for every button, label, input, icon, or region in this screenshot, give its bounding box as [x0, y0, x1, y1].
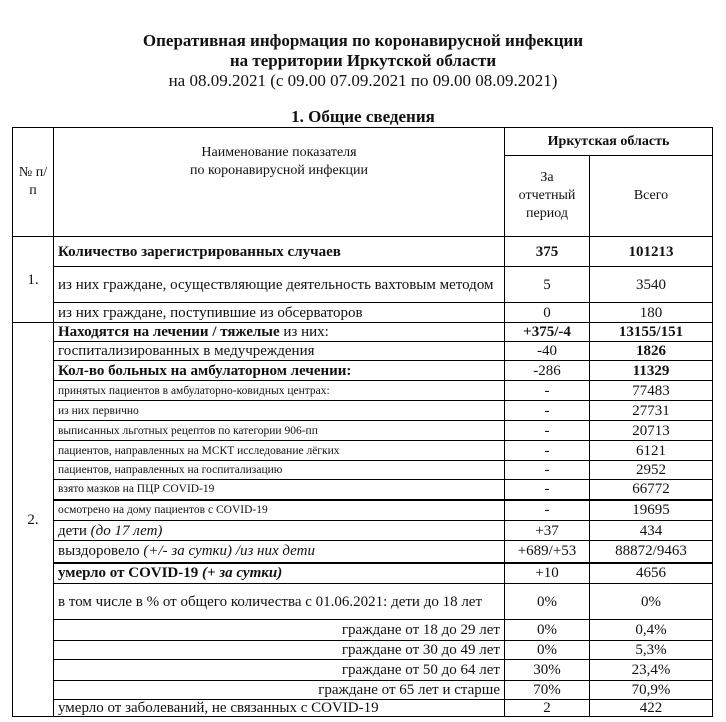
row-under-treatment: Находятся на лечении / тяжелые из них: — [54, 323, 505, 342]
row-hospitalized: госпитализированных в медучреждения — [54, 342, 505, 361]
row-outpatient-total: 11329 — [590, 361, 713, 381]
row-deaths-covid-period: +10 — [505, 563, 590, 584]
row-covid-centers: принятых пациентов в амбулаторно-ковидны… — [54, 381, 505, 401]
row-referred-hospital-period: - — [505, 461, 590, 480]
row-outpatient-period: -286 — [505, 361, 590, 381]
row-deaths-children-pct-total: 0% — [590, 584, 713, 620]
row-deaths-children-pct: в том числе в % от общего количества с 0… — [54, 584, 505, 620]
row-referred-hospital-total: 2952 — [590, 461, 713, 480]
header-region: Иркутская область — [505, 128, 713, 156]
row-registered-cases-total: 101213 — [590, 237, 713, 267]
row-home-visits-period: - — [505, 500, 590, 521]
row-pcr-swabs-period: - — [505, 480, 590, 500]
row-children: дети (до 17 лет) — [54, 521, 505, 541]
row-deaths-covid-note: (+ за сутки) — [202, 565, 282, 581]
header-number-label: № п/п — [19, 165, 47, 198]
row-registered-cases: Количество зарегистрированных случаев — [54, 237, 505, 267]
row-pcr-swabs-total: 66772 — [590, 480, 713, 500]
header-total: Всего — [590, 156, 713, 237]
row-hospitalized-total: 1826 — [590, 342, 713, 361]
row-outpatient: Кол-во больных на амбулаторном лечении: — [54, 361, 505, 381]
row-children-note: (до 17 лет) — [91, 523, 163, 539]
row-observatories-total: 180 — [590, 303, 713, 323]
row-registered-cases-period: 375 — [505, 237, 590, 267]
row-under-treatment-rest: из них: — [280, 324, 329, 340]
row-primary: из них первично — [54, 401, 505, 421]
row-deaths-50-64-period: 30% — [505, 660, 590, 681]
row-shift-workers: из них граждане, осуществляющие деятельн… — [54, 267, 505, 303]
header-number: № п/п — [13, 128, 54, 237]
row-observatories: из них граждане, поступившие из обсерват… — [54, 303, 505, 323]
row-hospitalized-period: -40 — [505, 342, 590, 361]
row-deaths-65-plus-period: 70% — [505, 681, 590, 700]
row-under-treatment-period: +375/-4 — [505, 323, 590, 342]
section-1-number: 1. — [13, 237, 54, 323]
row-deaths-65-plus: граждане от 65 лет и старше — [54, 681, 505, 700]
row-deaths-30-49-total: 5,3% — [590, 641, 713, 660]
row-prescriptions-period: - — [505, 421, 590, 441]
row-ct-scans-period: - — [505, 441, 590, 461]
row-children-period: +37 — [505, 521, 590, 541]
row-referred-hospital: пациентов, направленных на госпитализаци… — [54, 461, 505, 480]
row-recovered-total: 88872/9463 — [590, 541, 713, 563]
row-prescriptions: выписанных льготных рецептов по категори… — [54, 421, 505, 441]
row-deaths-covid-label: умерло от COVID-19 — [58, 565, 202, 581]
row-deaths-50-64-total: 23,4% — [590, 660, 713, 681]
covid-stats-table: № п/п Наименование показателя по коронав… — [12, 127, 713, 717]
row-deaths-children-pct-period: 0% — [505, 584, 590, 620]
row-covid-centers-total: 77483 — [590, 381, 713, 401]
header-indicator-line2: по коронавирусной инфекции — [58, 162, 500, 180]
row-observatories-period: 0 — [505, 303, 590, 323]
row-shift-workers-total: 3540 — [590, 267, 713, 303]
row-under-treatment-bold: Находятся на лечении / тяжелые — [58, 324, 280, 340]
row-deaths-65-plus-total: 70,9% — [590, 681, 713, 700]
row-covid-centers-period: - — [505, 381, 590, 401]
row-under-treatment-total: 13155/151 — [590, 323, 713, 342]
header-indicator-line1: Наименование показателя — [58, 144, 500, 162]
row-pcr-swabs: взято мазков на ПЦР COVID-19 — [54, 480, 505, 500]
row-ct-scans-total: 6121 — [590, 441, 713, 461]
row-deaths-30-49: граждане от 30 до 49 лет — [54, 641, 505, 660]
row-deaths-non-covid-period: 2 — [505, 700, 590, 717]
row-prescriptions-total: 20713 — [590, 421, 713, 441]
report-subtitle-region: на территории Иркутской области — [0, 51, 726, 71]
row-home-visits-total: 19695 — [590, 500, 713, 521]
row-deaths-non-covid-total: 422 — [590, 700, 713, 717]
row-deaths-non-covid: умерло от заболеваний, не связанных с CO… — [54, 700, 505, 717]
row-home-visits: осмотрено на дому пациентов с COVID-19 — [54, 500, 505, 521]
section-2-number: 2. — [13, 323, 54, 717]
row-children-label: дети — [58, 523, 91, 539]
row-shift-workers-period: 5 — [505, 267, 590, 303]
row-deaths-covid: умерло от COVID-19 (+ за сутки) — [54, 563, 505, 584]
row-children-total: 434 — [590, 521, 713, 541]
row-deaths-covid-total: 4656 — [590, 563, 713, 584]
row-deaths-30-49-period: 0% — [505, 641, 590, 660]
row-deaths-18-29-total: 0,4% — [590, 620, 713, 641]
header-period: За отчетный период — [505, 156, 590, 237]
section-title: 1. Общие сведения — [0, 107, 726, 127]
row-recovered-period: +689/+53 — [505, 541, 590, 563]
row-recovered-note: (+/- за сутки) /из них дети — [143, 543, 315, 559]
row-deaths-50-64: граждане от 50 до 64 лет — [54, 660, 505, 681]
row-primary-period: - — [505, 401, 590, 421]
report-date: на 08.09.2021 (с 09.00 07.09.2021 по 09.… — [0, 71, 726, 91]
report-title: Оперативная информация по коронавирусной… — [0, 31, 726, 51]
row-recovered-label: выздоровело — [58, 543, 143, 559]
row-ct-scans: пациентов, направленных на МСКТ исследов… — [54, 441, 505, 461]
header-indicator-name: Наименование показателя по коронавирусно… — [54, 128, 505, 237]
row-deaths-18-29-period: 0% — [505, 620, 590, 641]
row-primary-total: 27731 — [590, 401, 713, 421]
row-recovered: выздоровело (+/- за сутки) /из них дети — [54, 541, 505, 563]
row-deaths-18-29: граждане от 18 до 29 лет — [54, 620, 505, 641]
